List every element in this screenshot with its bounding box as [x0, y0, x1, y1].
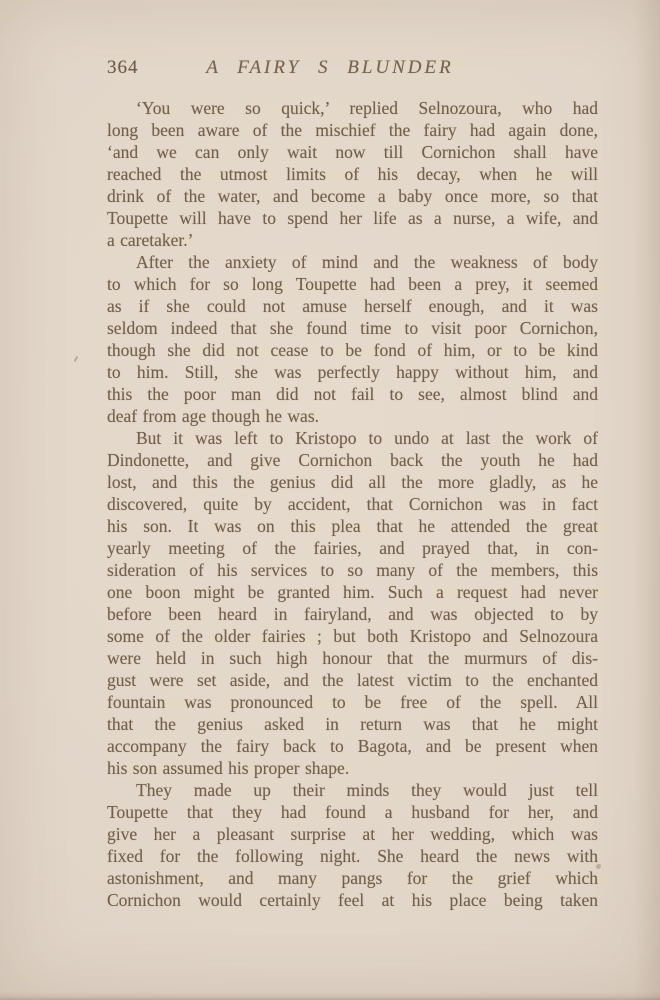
- text-line: Dindonette, and give Cornichon back the …: [107, 449, 598, 471]
- paragraph: They made up their minds they would just…: [107, 779, 598, 911]
- text-line: lost, and this the genius did all the mo…: [107, 471, 598, 493]
- text-line: before been heard in fairyland, and was …: [107, 603, 598, 625]
- text-line: sideration of his services to so many of…: [107, 559, 598, 581]
- paragraph: ‘You were so quick,’ replied Selnozoura,…: [107, 97, 598, 251]
- text-line: gust were set aside, and the latest vict…: [107, 669, 598, 691]
- text-line: give her a pleasant surprise at her wedd…: [107, 823, 598, 845]
- page-edge-shadow: [0, 992, 660, 1000]
- text-line: discovered, quite by accident, that Corn…: [107, 493, 598, 515]
- text-line: some of the older fairies ; but both Kri…: [107, 625, 598, 647]
- text-line: Cornichon would certainly feel at his pl…: [107, 889, 598, 911]
- text-line: drink of the water, and become a baby on…: [107, 185, 598, 207]
- running-header: A FAIRY S BLUNDER: [0, 57, 660, 79]
- text-line: to which for so long Toupette had been a…: [107, 273, 598, 295]
- text-line: They made up their minds they would just…: [107, 779, 598, 801]
- text-line: Toupette that they had found a husband f…: [107, 801, 598, 823]
- page-body: ‘You were so quick,’ replied Selnozoura,…: [107, 97, 598, 911]
- text-line: as if she could not amuse herself enough…: [107, 295, 598, 317]
- text-line: fixed for the following night. She heard…: [107, 845, 598, 867]
- text-line: But it was left to Kristopo to undo at l…: [107, 427, 598, 449]
- paragraph: After the anxiety of mind and the weakne…: [107, 251, 598, 427]
- text-line: ‘and we can only wait now till Cornichon…: [107, 141, 598, 163]
- text-line: a caretaker.’: [107, 229, 598, 251]
- text-line: this the poor man did not fail to see, a…: [107, 383, 598, 405]
- text-line: that the genius asked in return was that…: [107, 713, 598, 735]
- text-line: fountain was pronounced to be free of th…: [107, 691, 598, 713]
- text-line: yearly meeting of the fairies, and praye…: [107, 537, 598, 559]
- scan-speck: [74, 356, 79, 362]
- page-edge-shadow: [634, 0, 660, 1000]
- text-line: though she did not cease to be fond of h…: [107, 339, 598, 361]
- text-line: to him. Still, she was perfectly happy w…: [107, 361, 598, 383]
- paragraph-container: ‘You were so quick,’ replied Selnozoura,…: [107, 97, 598, 911]
- text-line: seldom indeed that she found time to vis…: [107, 317, 598, 339]
- text-line: deaf from age though he was.: [107, 405, 598, 427]
- text-line: his son. It was on this plea that he att…: [107, 515, 598, 537]
- text-line: reached the utmost limits of his decay, …: [107, 163, 598, 185]
- text-line: his son assumed his proper shape.: [107, 757, 598, 779]
- text-line: long been aware of the mischief the fair…: [107, 119, 598, 141]
- text-line: ‘You were so quick,’ replied Selnozoura,…: [107, 97, 598, 119]
- paragraph: But it was left to Kristopo to undo at l…: [107, 427, 598, 779]
- text-line: accompany the fairy back to Bagota, and …: [107, 735, 598, 757]
- text-line: were held in such high honour that the m…: [107, 647, 598, 669]
- text-line: one boon might be granted him. Such a re…: [107, 581, 598, 603]
- book-page: 364 A FAIRY S BLUNDER ‘You were so quick…: [0, 0, 660, 1000]
- text-line: astonishment, and many pangs for the gri…: [107, 867, 598, 889]
- text-line: Toupette will have to spend her life as …: [107, 207, 598, 229]
- text-line: After the anxiety of mind and the weakne…: [107, 251, 598, 273]
